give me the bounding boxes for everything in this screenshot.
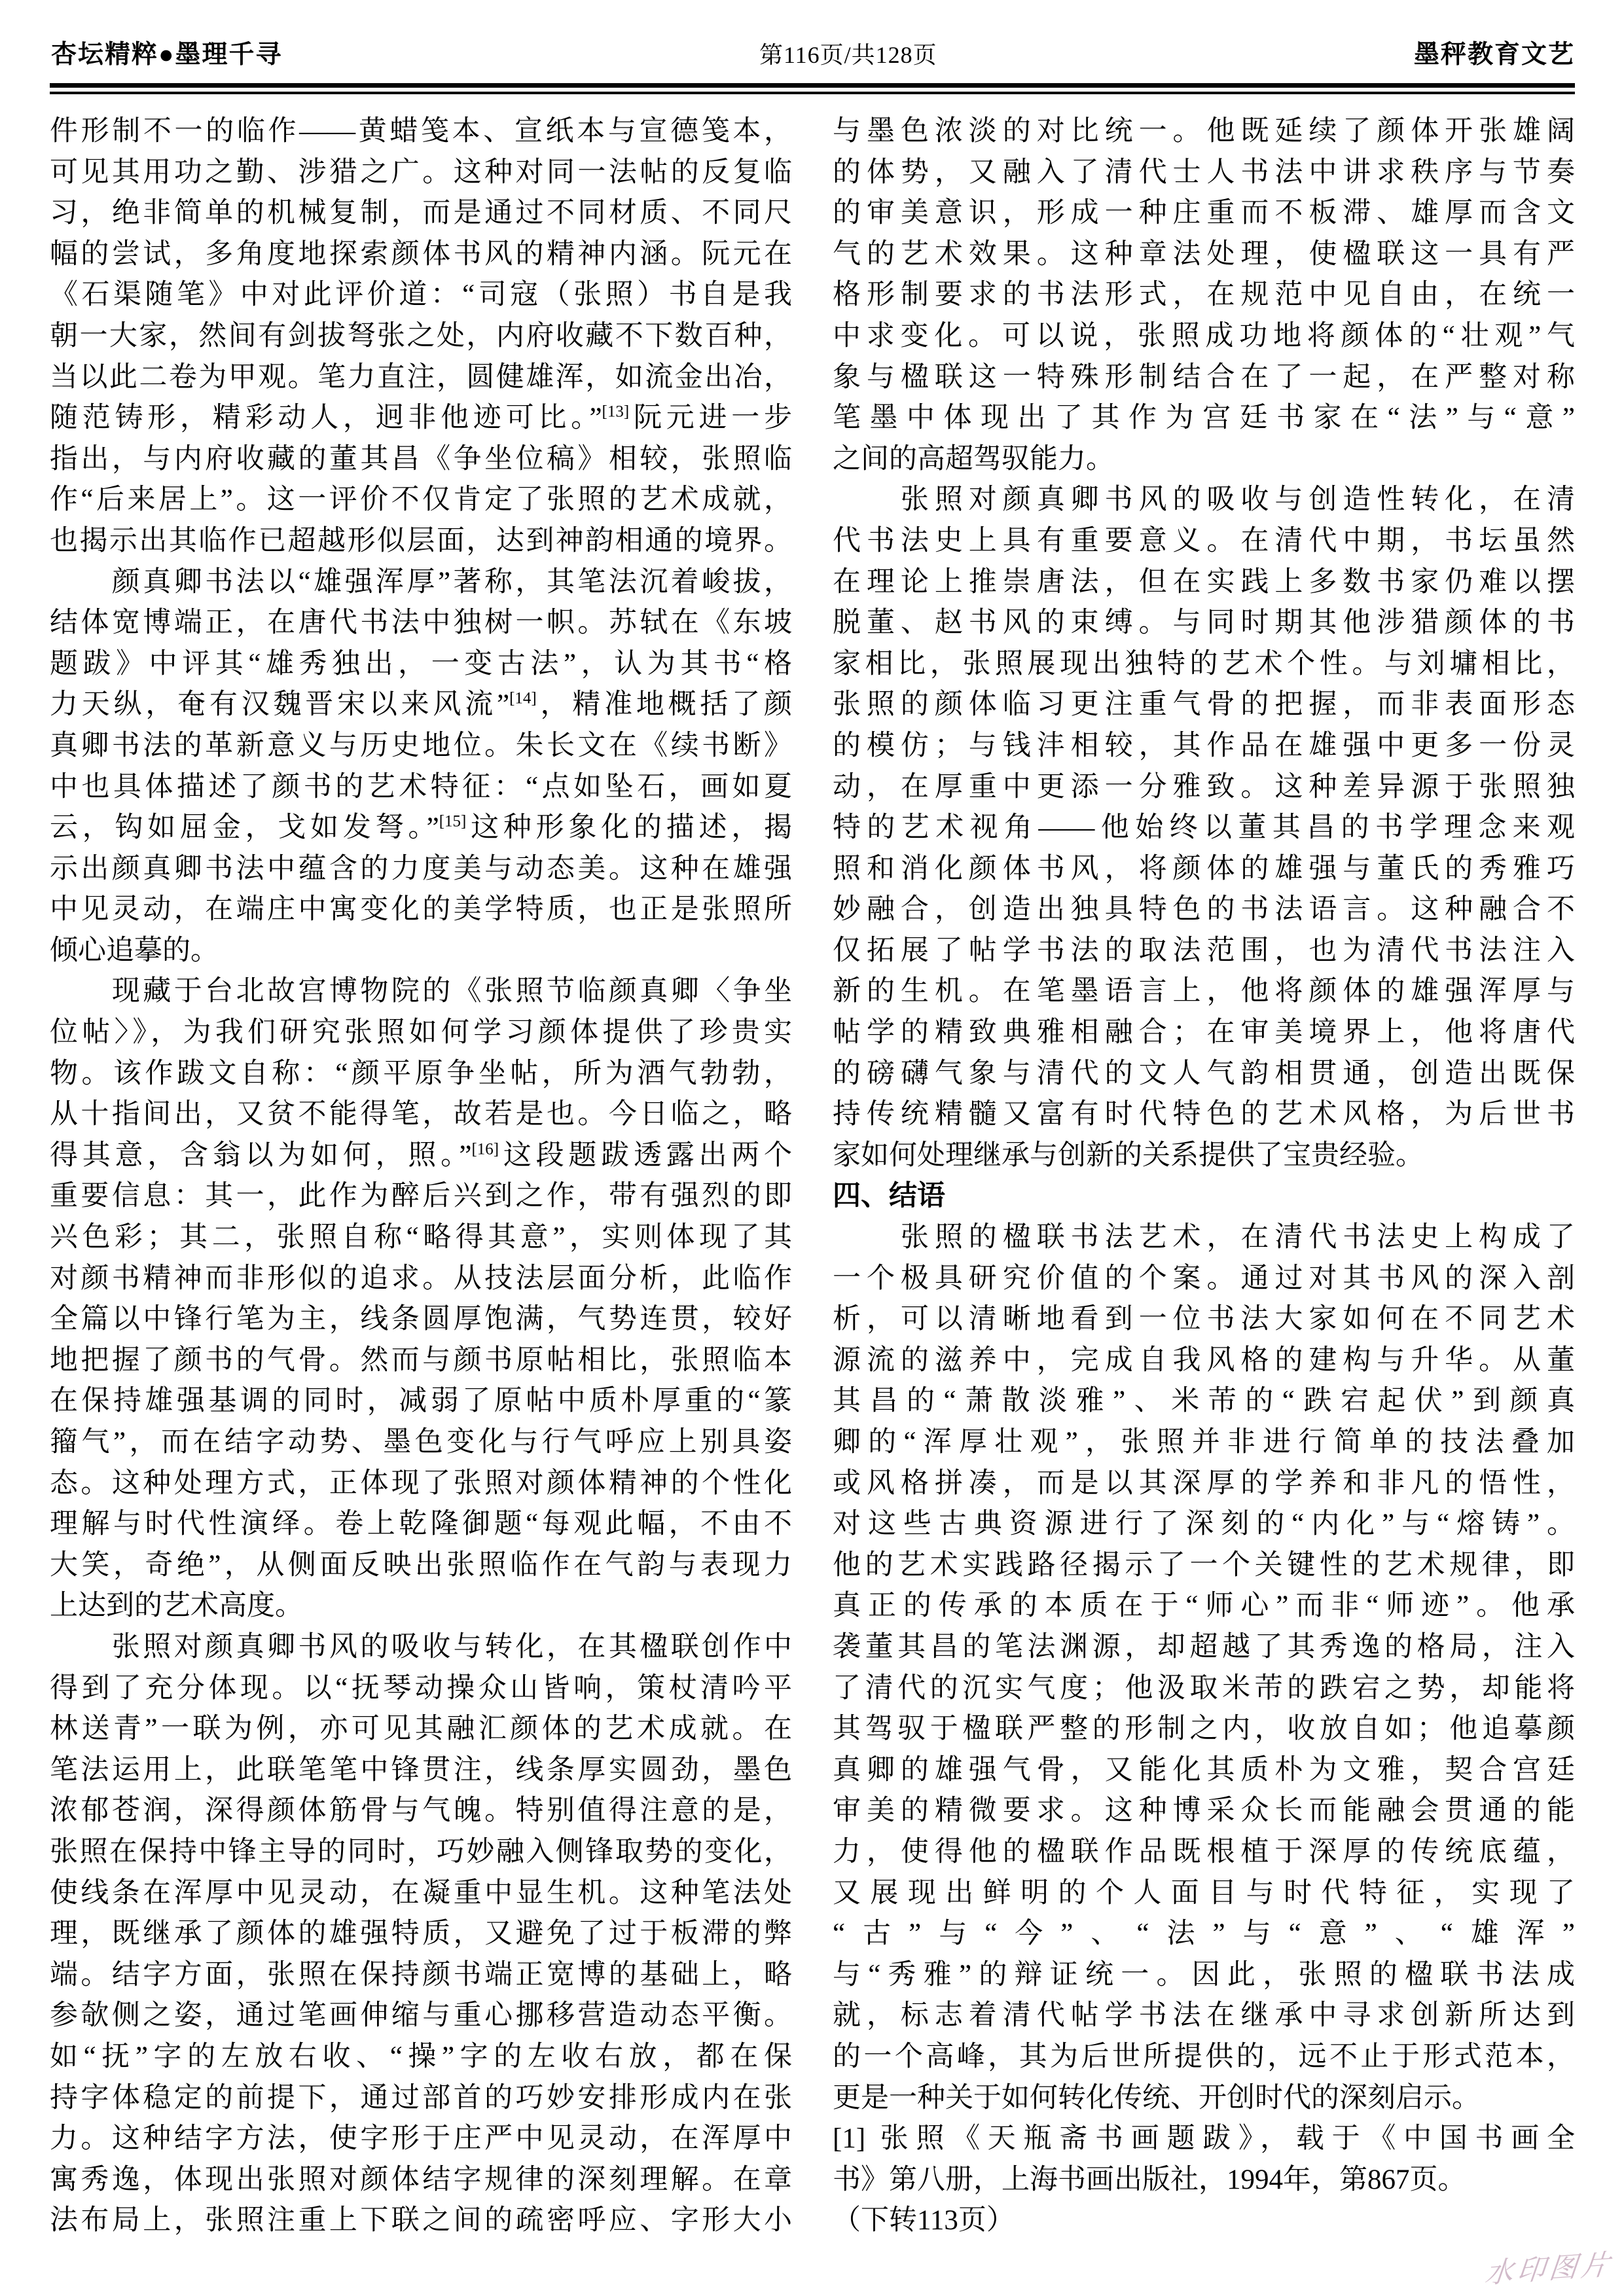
text-line: 的审美意识，形成一种庄重而不板滞、雄厚而含文 <box>833 193 1575 234</box>
text-line: 就，标志着清代帖学书法在继承中寻求创新所达到 <box>833 1996 1575 2037</box>
right-column: 与墨色浓淡的对比统一。他既延续了颜体开张雄阔的体势，又融入了清代士人书法中讲求秩… <box>833 111 1575 2242</box>
text-line: “古”与“今”、“法”与“意”、“雄浑” <box>833 1914 1575 1955</box>
text-line: 之间的高超驾驭能力。 <box>833 439 1575 480</box>
text-line: 张照在保持中锋主导的同时，巧妙融入侧锋取势的变化， <box>50 1832 792 1873</box>
text-line: 真正的传承的本质在于“师心”而非“师迹”。他承 <box>833 1586 1575 1627</box>
article-body: 件形制不一的临作——黄蜡笺本、宣纸本与宣德笺本，可见其用功之勤、涉猎之广。这种对… <box>50 111 1575 2242</box>
text-line: 指出，与内府收藏的董其昌《争坐位稿》相较，张照临 <box>50 439 792 480</box>
text-line: 的一个高峰，其为后世所提供的，远不止于形式范本， <box>833 2037 1575 2078</box>
text-line: 中见灵动，在端庄中寓变化的美学特质，也正是张照所 <box>50 889 792 931</box>
text-line: 可见其用功之勤、涉猎之广。这种对同一法帖的反复临 <box>50 152 792 194</box>
text-line: 笔法运用上，此联笔笔中锋贯注，线条厚实圆劲，墨色 <box>50 1750 792 1791</box>
text-line: 示出颜真卿书法中蕴含的力度美与动态美。这种在雄强 <box>50 849 792 890</box>
text-line: 理解与时代性演绎。卷上乾隆御题“每观此幅，不由不 <box>50 1504 792 1545</box>
text-line: 脱董、赵书风的束缚。与同时期其他涉猎颜体的书 <box>833 603 1575 644</box>
text-line: 倾心追摹的。 <box>50 931 792 972</box>
text-line: 全篇以中锋行笔为主，线条圆厚饱满，气势连贯，较好 <box>50 1299 792 1340</box>
text-line: 结体宽博端正，在唐代书法中独树一帜。苏轼在《东坡 <box>50 603 792 644</box>
text-line: 浓郁苍润，深得颜体筋骨与气魄。特别值得注意的是， <box>50 1791 792 1832</box>
text-line: 端。结字方面，张照在保持颜书端正宽博的基础上，略 <box>50 1955 792 1996</box>
text-line: 真卿的雄强气骨，又能化其质朴为文雅，契合宫廷 <box>833 1750 1575 1791</box>
text-line: 对颜书精神而非形似的追求。从技法层面分析，此临作 <box>50 1259 792 1300</box>
text-line: 四、结语 <box>833 1176 1575 1217</box>
header-double-rule <box>50 83 1575 94</box>
text-line: 对这些古典资源进行了深刻的“内化”与“熔铸”。 <box>833 1504 1575 1545</box>
text-line: 中也具体描述了颜书的艺术特征：“点如坠石，画如夏 <box>50 767 792 808</box>
text-line: 家如何处理继承与创新的关系提供了宝贵经验。 <box>833 1136 1575 1177</box>
text-line: 家相比，张照展现出独特的艺术个性。与刘墉相比， <box>833 644 1575 685</box>
text-line: 代书法史上具有重要意义。在清代中期，书坛虽然 <box>833 521 1575 562</box>
journal-title: 杏坛精粹●墨理千寻 <box>51 34 283 71</box>
text-line: 理，既继承了颜体的雄强特质，又避免了过于板滞的弊 <box>50 1914 792 1955</box>
text-line: 云，钩如屈金，戈如发弩。”[15]这种形象化的描述，揭 <box>50 808 792 849</box>
text-line: （下转113页） <box>833 2200 1575 2242</box>
text-line: 妙融合，创造出独具特色的书法语言。这种融合不 <box>833 889 1575 931</box>
text-line: 林送青”一联为例，亦可见其融汇颜体的艺术成就。在 <box>50 1709 792 1750</box>
text-line: 象与楹联这一特殊形制结合在了一起，在严整对称 <box>833 357 1575 399</box>
text-line: 的体势，又融入了清代士人书法中讲求秩序与节奏 <box>833 152 1575 194</box>
page-header: 杏坛精粹●墨理千寻 第116页/共128页 墨秤教育文艺 <box>51 34 1575 71</box>
text-line: 张照的楹联书法艺术，在清代书法史上构成了 <box>833 1217 1575 1259</box>
text-line: 《石渠随笔》中对此评价道：“司寇（张照）书自是我 <box>50 275 792 316</box>
text-line: 力天纵，奄有汉魏晋宋以来风流”[14]，精准地概括了颜 <box>50 685 792 726</box>
footnote-ref: [15] <box>439 813 467 831</box>
footnote-ref: [13] <box>602 403 630 421</box>
text-line: 或风格拼凑，而是以其深厚的学养和非凡的悟性， <box>833 1463 1575 1505</box>
text-line: 大笑，奇绝”，从侧面反映出张照临作在气韵与表现力 <box>50 1545 792 1587</box>
footnote-ref: [16] <box>471 1141 499 1158</box>
text-line: 地把握了颜书的气骨。然而与颜书原帖相比，张照临本 <box>50 1340 792 1382</box>
text-line: 其驾驭于楹联严整的形制之内，收放自如；他追摹颜 <box>833 1709 1575 1750</box>
text-line: 物。该作跋文自称：“颜平原争坐帖，所为酒气勃勃， <box>50 1054 792 1095</box>
text-line: 中求变化。可以说，张照成功地将颜体的“壮观”气 <box>833 316 1575 357</box>
text-line: 的磅礴气象与清代的文人气韵相贯通，创造出既保 <box>833 1054 1575 1095</box>
left-column: 件形制不一的临作——黄蜡笺本、宣纸本与宣德笺本，可见其用功之勤、涉猎之广。这种对… <box>50 111 792 2242</box>
text-line: 寓秀逸，体现出张照对颜体结字规律的深刻理解。在章 <box>50 2160 792 2201</box>
text-line: 仅拓展了帖学书法的取法范围，也为清代书法注入 <box>833 931 1575 972</box>
text-line: 习，绝非简单的机械复制，而是通过不同材质、不同尺 <box>50 193 792 234</box>
text-line: 颜真卿书法以“雄强浑厚”著称，其笔法沉着峻拔， <box>50 562 792 603</box>
text-line: 法布局上，张照注重上下联之间的疏密呼应、字形大小 <box>50 2200 792 2242</box>
text-line: 的模仿；与钱沣相较，其作品在雄强中更多一份灵 <box>833 726 1575 767</box>
text-line: 又展现出鲜明的个人面目与时代特征，实现了 <box>833 1873 1575 1914</box>
watermark-text: 水印图片 <box>1483 2242 1615 2291</box>
text-line: 一个极具研究价值的个案。通过对其书风的深入剖 <box>833 1259 1575 1300</box>
text-line: 态。这种处理方式，正体现了张照对颜体精神的个性化 <box>50 1463 792 1505</box>
text-line: 其昌的“萧散淡雅”、米芾的“跌宕起伏”到颜真 <box>833 1381 1575 1422</box>
text-line: 笔墨中体现出了其作为宫廷书家在“法”与“意” <box>833 398 1575 439</box>
journal-section: 墨秤教育文艺 <box>1414 34 1575 71</box>
text-line: 在保持雄强基调的同时，减弱了原帖中质朴厚重的“篆 <box>50 1381 792 1422</box>
text-line: 张照对颜真卿书风的吸收与创造性转化，在清 <box>833 480 1575 521</box>
text-line: 重要信息：其一，此作为醉后兴到之作，带有强烈的即 <box>50 1176 792 1217</box>
text-line: 持传统精髓又富有时代特色的艺术风格，为后世书 <box>833 1094 1575 1136</box>
text-line: 力，使得他的楹联作品既根植于深厚的传统底蕴， <box>833 1832 1575 1873</box>
text-line: 更是一种关于如何转化传统、开创时代的深刻启示。 <box>833 2078 1575 2119</box>
text-line: 朝一大家，然间有剑拔弩张之处，内府收藏不下数百种， <box>50 316 792 357</box>
text-line: 籀气”，而在结字动势、墨色变化与行气呼应上别具姿 <box>50 1422 792 1463</box>
text-line: 析，可以清晰地看到一位书法大家如何在不同艺术 <box>833 1299 1575 1340</box>
text-line: 从十指间出，又贫不能得笔，故若是也。今日临之，略 <box>50 1094 792 1136</box>
page-number: 第116页/共128页 <box>759 37 937 70</box>
text-line: 照和消化颜体书风，将颜体的雄强与董氏的秀雅巧 <box>833 849 1575 890</box>
text-line: 审美的精微要求。这种博采众长而能融会贯通的能 <box>833 1791 1575 1832</box>
text-line: 当以此二卷为甲观。笔力直注，圆健雄浑，如流金出冶， <box>50 357 792 399</box>
text-line: 真卿书法的革新意义与历史地位。朱长文在《续书断》 <box>50 726 792 767</box>
text-line: [1] 张照《天瓶斋书画题跋》，载于《中国书画全 <box>833 2119 1575 2160</box>
text-line: 随范铸形，精彩动人，迥非他迹可比。”[13]阮元进一步 <box>50 398 792 439</box>
text-line: 张照的颜体临习更注重气骨的把握，而非表面形态 <box>833 685 1575 726</box>
text-line: 袭董其昌的笔法渊源，却超越了其秀逸的格局，注入 <box>833 1627 1575 1668</box>
text-line: 如“抚”字的左放右收、“操”字的左收右放，都在保 <box>50 2037 792 2078</box>
text-line: 与“秀雅”的辩证统一。因此，张照的楹联书法成 <box>833 1955 1575 1996</box>
text-line: 得其意，含翁以为如何，照。”[16]这段题跋透露出两个 <box>50 1136 792 1177</box>
text-line: 上达到的艺术高度。 <box>50 1586 792 1627</box>
text-line: 了清代的沉实气度；他汲取米芾的跌宕之势，却能将 <box>833 1668 1575 1710</box>
text-line: 兴色彩；其二，张照自称“略得其意”，实则体现了其 <box>50 1217 792 1259</box>
text-line: 帖学的精致典雅相融合；在审美境界上，他将唐代 <box>833 1013 1575 1054</box>
text-line: 位帖〉》，为我们研究张照如何学习颜体提供了珍贵实 <box>50 1013 792 1054</box>
footnote-ref: [14] <box>509 690 537 708</box>
text-line: 使线条在浑厚中见灵动，在凝重中显生机。这种笔法处 <box>50 1873 792 1914</box>
text-line: 现藏于台北故宫博物院的《张照节临颜真卿〈争坐 <box>50 971 792 1013</box>
text-line: 也揭示出其临作已超越形似层面，达到神韵相通的境界。 <box>50 521 792 562</box>
text-line: 力。这种结字方法，使字形于庄严中见灵动，在浑厚中 <box>50 2119 792 2160</box>
text-line: 格形制要求的书法形式，在规范中见自由，在统一 <box>833 275 1575 316</box>
text-line: 他的艺术实践路径揭示了一个关键性的艺术规律，即 <box>833 1545 1575 1587</box>
text-line: 在理论上推崇唐法，但在实践上多数书家仍难以摆 <box>833 562 1575 603</box>
text-line: 参欹侧之姿，通过笔画伸缩与重心挪移营造动态平衡。 <box>50 1996 792 2037</box>
text-line: 书》第八册，上海书画出版社，1994年，第867页。 <box>833 2160 1575 2201</box>
text-line: 作“后来居上”。这一评价不仅肯定了张照的艺术成就， <box>50 480 792 521</box>
text-line: 源流的滋养中，完成自我风格的建构与升华。从董 <box>833 1340 1575 1382</box>
text-line: 幅的尝试，多角度地探索颜体书风的精神内涵。阮元在 <box>50 234 792 276</box>
text-line: 张照对颜真卿书风的吸收与转化，在其楹联创作中 <box>50 1627 792 1668</box>
text-line: 题跋》中评其“雄秀独出，一变古法”，认为其书“格 <box>50 644 792 685</box>
text-line: 新的生机。在笔墨语言上，他将颜体的雄强浑厚与 <box>833 971 1575 1013</box>
text-line: 持字体稳定的前提下，通过部首的巧妙安排形成内在张 <box>50 2078 792 2119</box>
text-line: 得到了充分体现。以“抚琴动操众山皆响，策杖清吟平 <box>50 1668 792 1710</box>
text-line: 特的艺术视角——他始终以董其昌的书学理念来观 <box>833 808 1575 849</box>
text-line: 卿的“浑厚壮观”，张照并非进行简单的技法叠加 <box>833 1422 1575 1463</box>
text-line: 气的艺术效果。这种章法处理，使楹联这一具有严 <box>833 234 1575 276</box>
text-line: 与墨色浓淡的对比统一。他既延续了颜体开张雄阔 <box>833 111 1575 152</box>
text-line: 件形制不一的临作——黄蜡笺本、宣纸本与宣德笺本， <box>50 111 792 152</box>
text-line: 动，在厚重中更添一分雅致。这种差异源于张照独 <box>833 767 1575 808</box>
